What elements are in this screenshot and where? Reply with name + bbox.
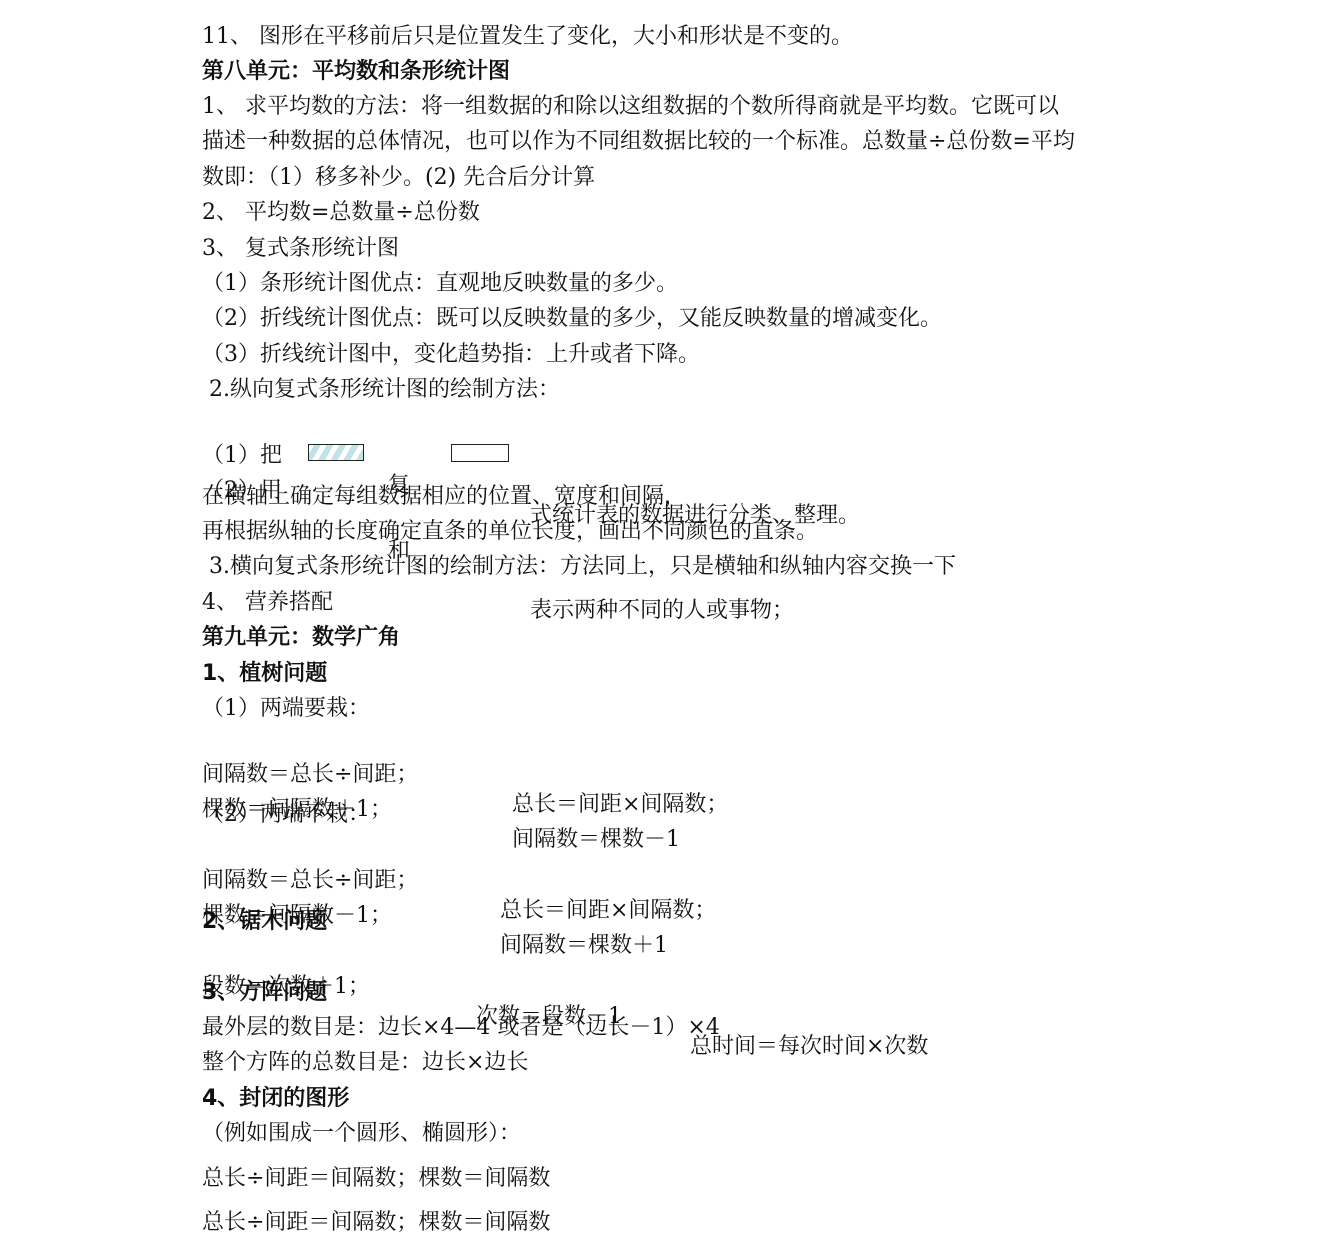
text-line-horizontal-axis: 在横轴上确定每组数据相应的位置、宽度和间隔， — [202, 482, 686, 512]
text-line-horizontal-method: 3.横向复式条形统计图的绘制方法：方法同上，只是横轴和纵轴内容交换一下 — [202, 552, 956, 582]
step2-line: （2）用 和 表示两种不同的人或事物； — [202, 446, 1102, 476]
heading-saw-wood: 2、锯木问题 — [202, 907, 327, 937]
text-line-average-method-3: 数即：（1）移多补少。(2) 先合后分计算 — [202, 163, 595, 193]
text-line-nutrition: 4、 营养搭配 — [202, 588, 333, 618]
heading-unit-8: 第八单元：平均数和条形统计图 — [202, 57, 510, 87]
text-line-translation-note: 11、 图形在平移前后只是位置发生了变化，大小和形状是不变的。 — [202, 22, 853, 52]
heading-tree-planting: 1、植树问题 — [202, 659, 327, 689]
text-line-vertical-axis: 再根据纵轴的长度确定直条的单位长度，画出不同颜色的直条。 — [202, 517, 818, 547]
formula-row: 棵数＝间隔数－1； 间隔数＝棵数＋1 — [202, 871, 1102, 901]
empty-bar-legend-icon — [451, 444, 509, 462]
text-line-no-ends: （2）两端不栽： — [202, 800, 370, 830]
formula-row: 间隔数＝总长÷间距； 总长＝间距×间隔数； — [202, 836, 1102, 866]
text-line-average-formula: 2、 平均数=总数量÷总份数 — [202, 198, 480, 228]
formula-c: 总时间＝每次时间×次数 — [690, 1032, 928, 1062]
heading-unit-9: 第九单元：数学广角 — [202, 623, 400, 653]
text-line-line-chart-trend: （3）折线统计图中，变化趋势指：上升或者下降。 — [202, 340, 700, 370]
text-line-closed-formula-2: 总长÷间距＝间隔数；棵数＝间隔数 — [202, 1208, 550, 1238]
formula-row: 间隔数＝总长÷间距； 总长＝间距×间隔数； — [202, 730, 1102, 760]
text-line-vertical-method: 2.纵向复式条形统计图的绘制方法： — [202, 375, 560, 405]
step1-line: （1）把 复 式统计表的数据进行分类、整理。 — [202, 411, 1102, 441]
hatched-bar-legend-icon — [308, 444, 364, 461]
text-line-compound-bar-chart: 3、 复式条形统计图 — [202, 234, 399, 264]
step2-suffix: 表示两种不同的人或事物； — [530, 596, 794, 626]
text-line-average-method-2: 描述一种数据的总体情况，也可以作为不同组数据比较的一个标准。总数量÷总份数=平均 — [202, 127, 1075, 157]
heading-closed-shape: 4、封闭的图形 — [202, 1084, 349, 1114]
text-line-outer-layer: 最外层的数目是：边长×4—4 或者是（边长－1）×4 — [202, 1013, 720, 1043]
text-line-closed-formula-1: 总长÷间距＝间隔数；棵数＝间隔数 — [202, 1164, 550, 1194]
text-line-average-method-1: 1、 求平均数的方法：将一组数据的和除以这组数据的个数所得商就是平均数。它既可以 — [202, 92, 1059, 122]
text-line-closed-example: （例如围成一个圆形、椭圆形）： — [202, 1119, 521, 1149]
text-line-line-chart-advantage: （2）折线统计图优点：既可以反映数量的多少，又能反映数量的增减变化。 — [202, 304, 942, 334]
formula-row: 段数＝次数＋1； 次数＝段数－1 总时间＝每次时间×次数 — [202, 942, 1102, 972]
text-line-both-ends: （1）两端要栽： — [202, 694, 370, 724]
formula-row: 棵数＝间隔数＋1； 间隔数＝棵数－1 — [202, 765, 1102, 795]
text-line-total-count: 整个方阵的总数目是：边长×边长 — [202, 1048, 528, 1078]
heading-square-array: 3、方阵问题 — [202, 978, 327, 1008]
text-line-bar-chart-advantage: （1）条形统计图优点：直观地反映数量的多少。 — [202, 269, 678, 299]
